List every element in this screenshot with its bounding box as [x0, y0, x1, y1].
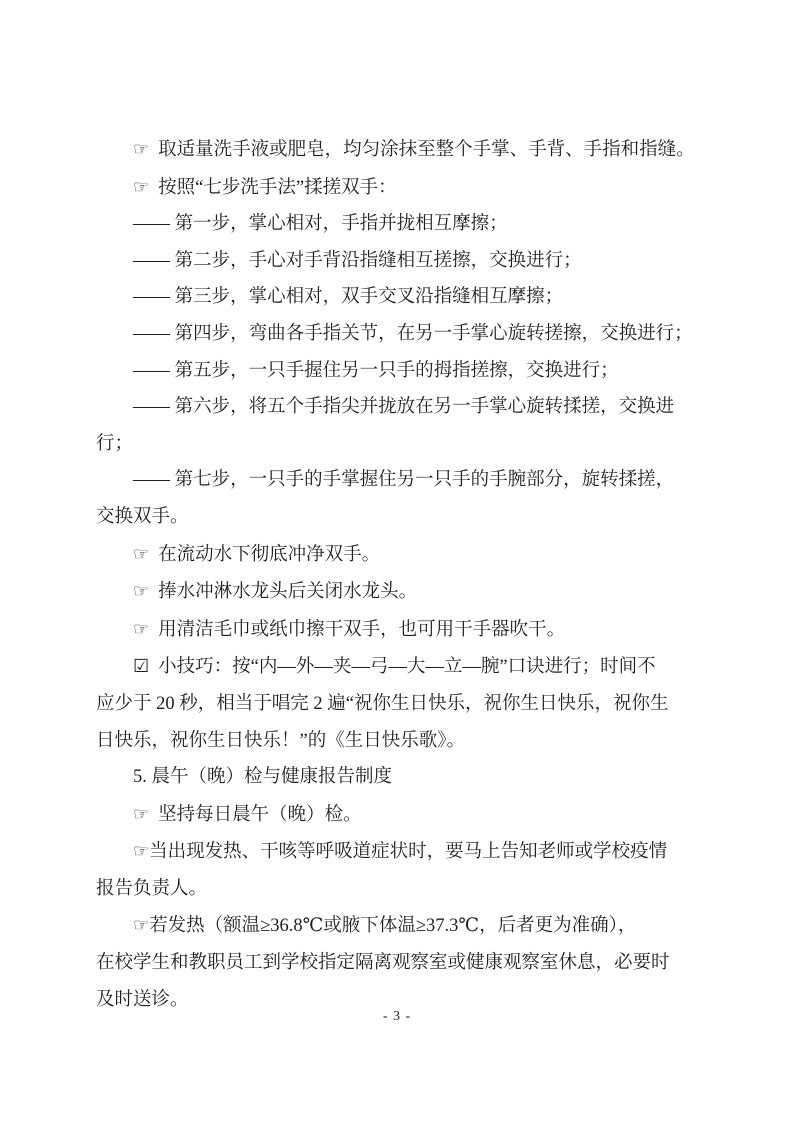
checkbox-icon: ☑: [133, 648, 149, 685]
text-line: —— 第一步，掌心相对，手指并拢相互摩擦；: [96, 206, 708, 243]
line-text: —— 第四步，弯曲各手指关节，在另一手掌心旋转搓擦，交换进行；: [133, 324, 693, 344]
text-line: —— 第五步，一只手握住另一只手的拇指搓擦，交换进行；: [96, 353, 708, 390]
line-text: 在流动水下彻底冲净双手。: [158, 545, 380, 565]
line-text: 应少于 20 秒，相当于唱完 2 遍“祝你生日快乐，祝你生日快乐，祝你生: [96, 694, 668, 714]
text-line: —— 第三步，掌心相对，双手交叉沿指缝相互摩擦；: [96, 279, 708, 316]
text-line: ☞取适量洗手液或肥皂，均匀涂抹至整个手掌、手背、手指和指缝。: [96, 131, 708, 169]
page-number: - 3 -: [383, 1009, 411, 1024]
line-text: 行；: [96, 434, 133, 454]
line-text: —— 第三步，掌心相对，双手交叉沿指缝相互摩擦；: [133, 287, 563, 307]
line-text: 日快乐，祝你生日快乐！”的《生日快乐歌》。: [96, 731, 465, 751]
text-line: 日快乐，祝你生日快乐！”的《生日快乐歌》。: [96, 723, 708, 760]
page-footer: - 3 -: [0, 1007, 794, 1025]
line-text: 报告负责人。: [96, 879, 207, 899]
line-text: 捧水冲淋水龙头后关闭水龙头。: [158, 582, 417, 602]
line-text: 若发热（额温≥36.8℃或腋下体温≥37.3℃，后者更为准确），: [149, 916, 636, 936]
line-text: 5. 晨午（晚）检与健康报告制度: [133, 767, 392, 787]
document-body: ☞取适量洗手液或肥皂，均匀涂抹至整个手掌、手背、手指和指缝。☞按照“七步洗手法”…: [96, 131, 708, 1018]
hand-bullet-icon: ☞: [133, 907, 149, 944]
hand-bullet-icon: ☞: [133, 573, 149, 610]
text-line: ☞按照“七步洗手法”揉搓双手：: [96, 169, 708, 207]
line-text: —— 第五步，一只手握住另一只手的拇指搓擦，交换进行；: [133, 361, 619, 381]
line-text: —— 第二步，手心对手背沿指缝相互搓擦，交换进行；: [133, 251, 582, 271]
line-text: 取适量洗手液或肥皂，均匀涂抹至整个手掌、手背、手指和指缝。: [158, 140, 695, 160]
line-text: 小技巧：按“内—外—夹—弓—大—立—腕”口诀进行；时间不: [158, 657, 655, 677]
text-line: —— 第六步，将五个手指尖并拢放在另一手掌心旋转揉搓，交换进: [96, 389, 708, 426]
hand-bullet-icon: ☞: [133, 611, 149, 648]
text-line: 应少于 20 秒，相当于唱完 2 遍“祝你生日快乐，祝你生日快乐，祝你生: [96, 686, 708, 723]
text-line: —— 第四步，弯曲各手指关节，在另一手掌心旋转搓擦，交换进行；: [96, 316, 708, 353]
text-line: 5. 晨午（晚）检与健康报告制度: [96, 759, 708, 796]
line-text: 用清洁毛巾或纸巾擦干双手，也可用干手器吹干。: [158, 620, 565, 640]
line-text: 当出现发热、干咳等呼吸道症状时，要马上告知老师或学校疫情: [149, 842, 667, 862]
hand-bullet-icon: ☞: [133, 536, 149, 573]
text-line: ☞坚持每日晨午（晚）检。: [96, 796, 708, 834]
text-line: ☑小技巧：按“内—外—夹—弓—大—立—腕”口诀进行；时间不: [96, 648, 708, 686]
hand-bullet-icon: ☞: [133, 833, 149, 870]
text-line: ☞在流动水下彻底冲净双手。: [96, 536, 708, 574]
line-text: —— 第七步，一只手的手掌握住另一只手的手腕部分，旋转揉搓，: [133, 470, 674, 490]
line-text: —— 第一步，掌心相对，手指并拢相互摩擦；: [133, 214, 508, 234]
text-line: ☞当出现发热、干咳等呼吸道症状时，要马上告知老师或学校疫情: [96, 833, 708, 871]
text-line: 报告负责人。: [96, 871, 708, 908]
line-text: 在校学生和教职员工到学校指定隔离观察室或健康观察室休息，必要时: [96, 953, 670, 973]
line-text: 按照“七步洗手法”揉搓双手：: [158, 178, 396, 198]
text-line: 行；: [96, 426, 708, 463]
document-page: ☞取适量洗手液或肥皂，均匀涂抹至整个手掌、手背、手指和指缝。☞按照“七步洗手法”…: [0, 0, 794, 1123]
line-text: 坚持每日晨午（晚）检。: [158, 805, 362, 825]
text-line: ☞用清洁毛巾或纸巾擦干双手，也可用干手器吹干。: [96, 611, 708, 649]
text-line: 在校学生和教职员工到学校指定隔离观察室或健康观察室休息，必要时: [96, 945, 708, 982]
text-line: 交换双手。: [96, 499, 708, 536]
line-text: 交换双手。: [96, 507, 189, 527]
hand-bullet-icon: ☞: [133, 796, 149, 833]
text-line: ☞若发热（额温≥36.8℃或腋下体温≥37.3℃，后者更为准确），: [96, 907, 708, 945]
hand-bullet-icon: ☞: [133, 131, 149, 168]
hand-bullet-icon: ☞: [133, 169, 149, 206]
text-line: —— 第二步，手心对手背沿指缝相互搓擦，交换进行；: [96, 243, 708, 280]
text-line: ☞捧水冲淋水龙头后关闭水龙头。: [96, 573, 708, 611]
line-text: —— 第六步，将五个手指尖并拢放在另一手掌心旋转揉搓，交换进: [133, 397, 674, 417]
text-line: —— 第七步，一只手的手掌握住另一只手的手腕部分，旋转揉搓，: [96, 462, 708, 499]
